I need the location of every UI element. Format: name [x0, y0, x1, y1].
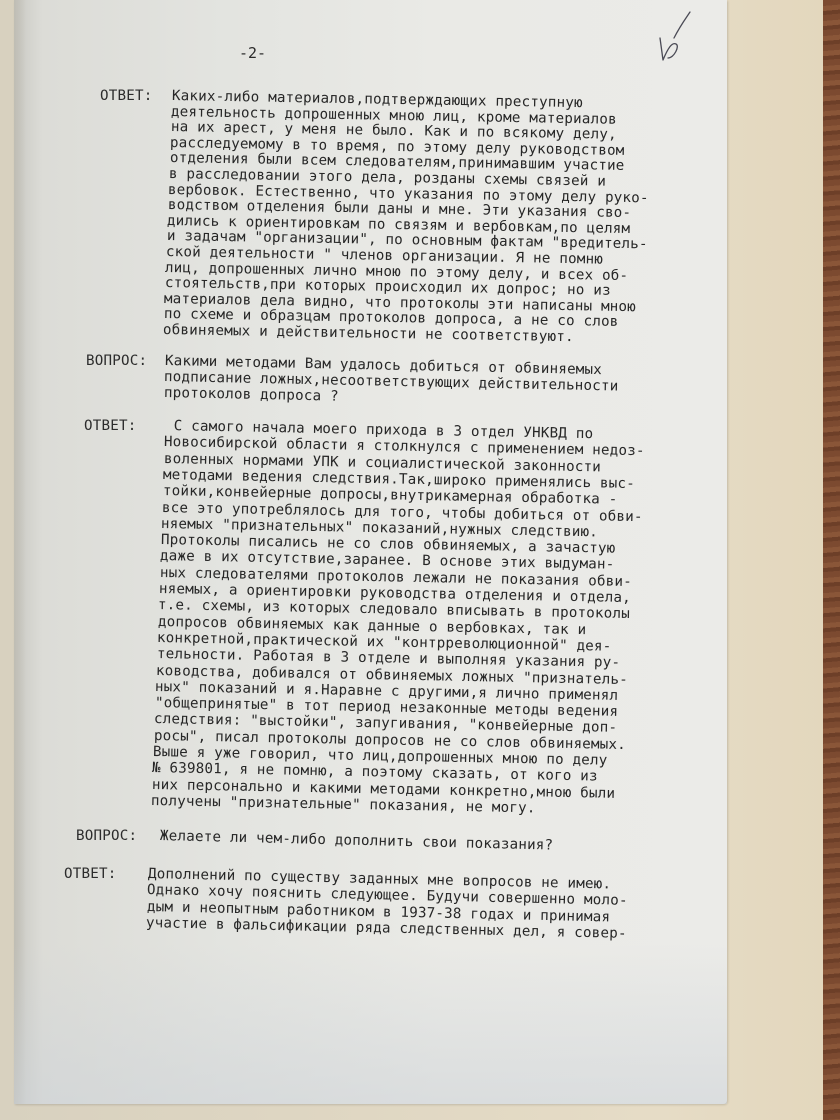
wooden-table — [823, 0, 840, 1120]
typewritten-page: -2- ОТВЕТ:Каких-либо материалов,подтверж… — [14, 0, 727, 1104]
text-line: Желаете ли чем-либо дополнить свои показ… — [160, 828, 554, 854]
handwritten-folio-mark — [654, 8, 694, 68]
answer-label: ОТВЕТ: — [100, 88, 152, 104]
answer-label: ОТВЕТ: — [84, 418, 136, 434]
question-label: ВОПРОС: — [86, 353, 147, 369]
answer-label: ОТВЕТ: — [64, 866, 116, 882]
question-label: ВОПРОС: — [76, 828, 137, 844]
text-line: протоколов допроса ? — [164, 385, 339, 405]
page-number: -2- — [239, 44, 266, 62]
